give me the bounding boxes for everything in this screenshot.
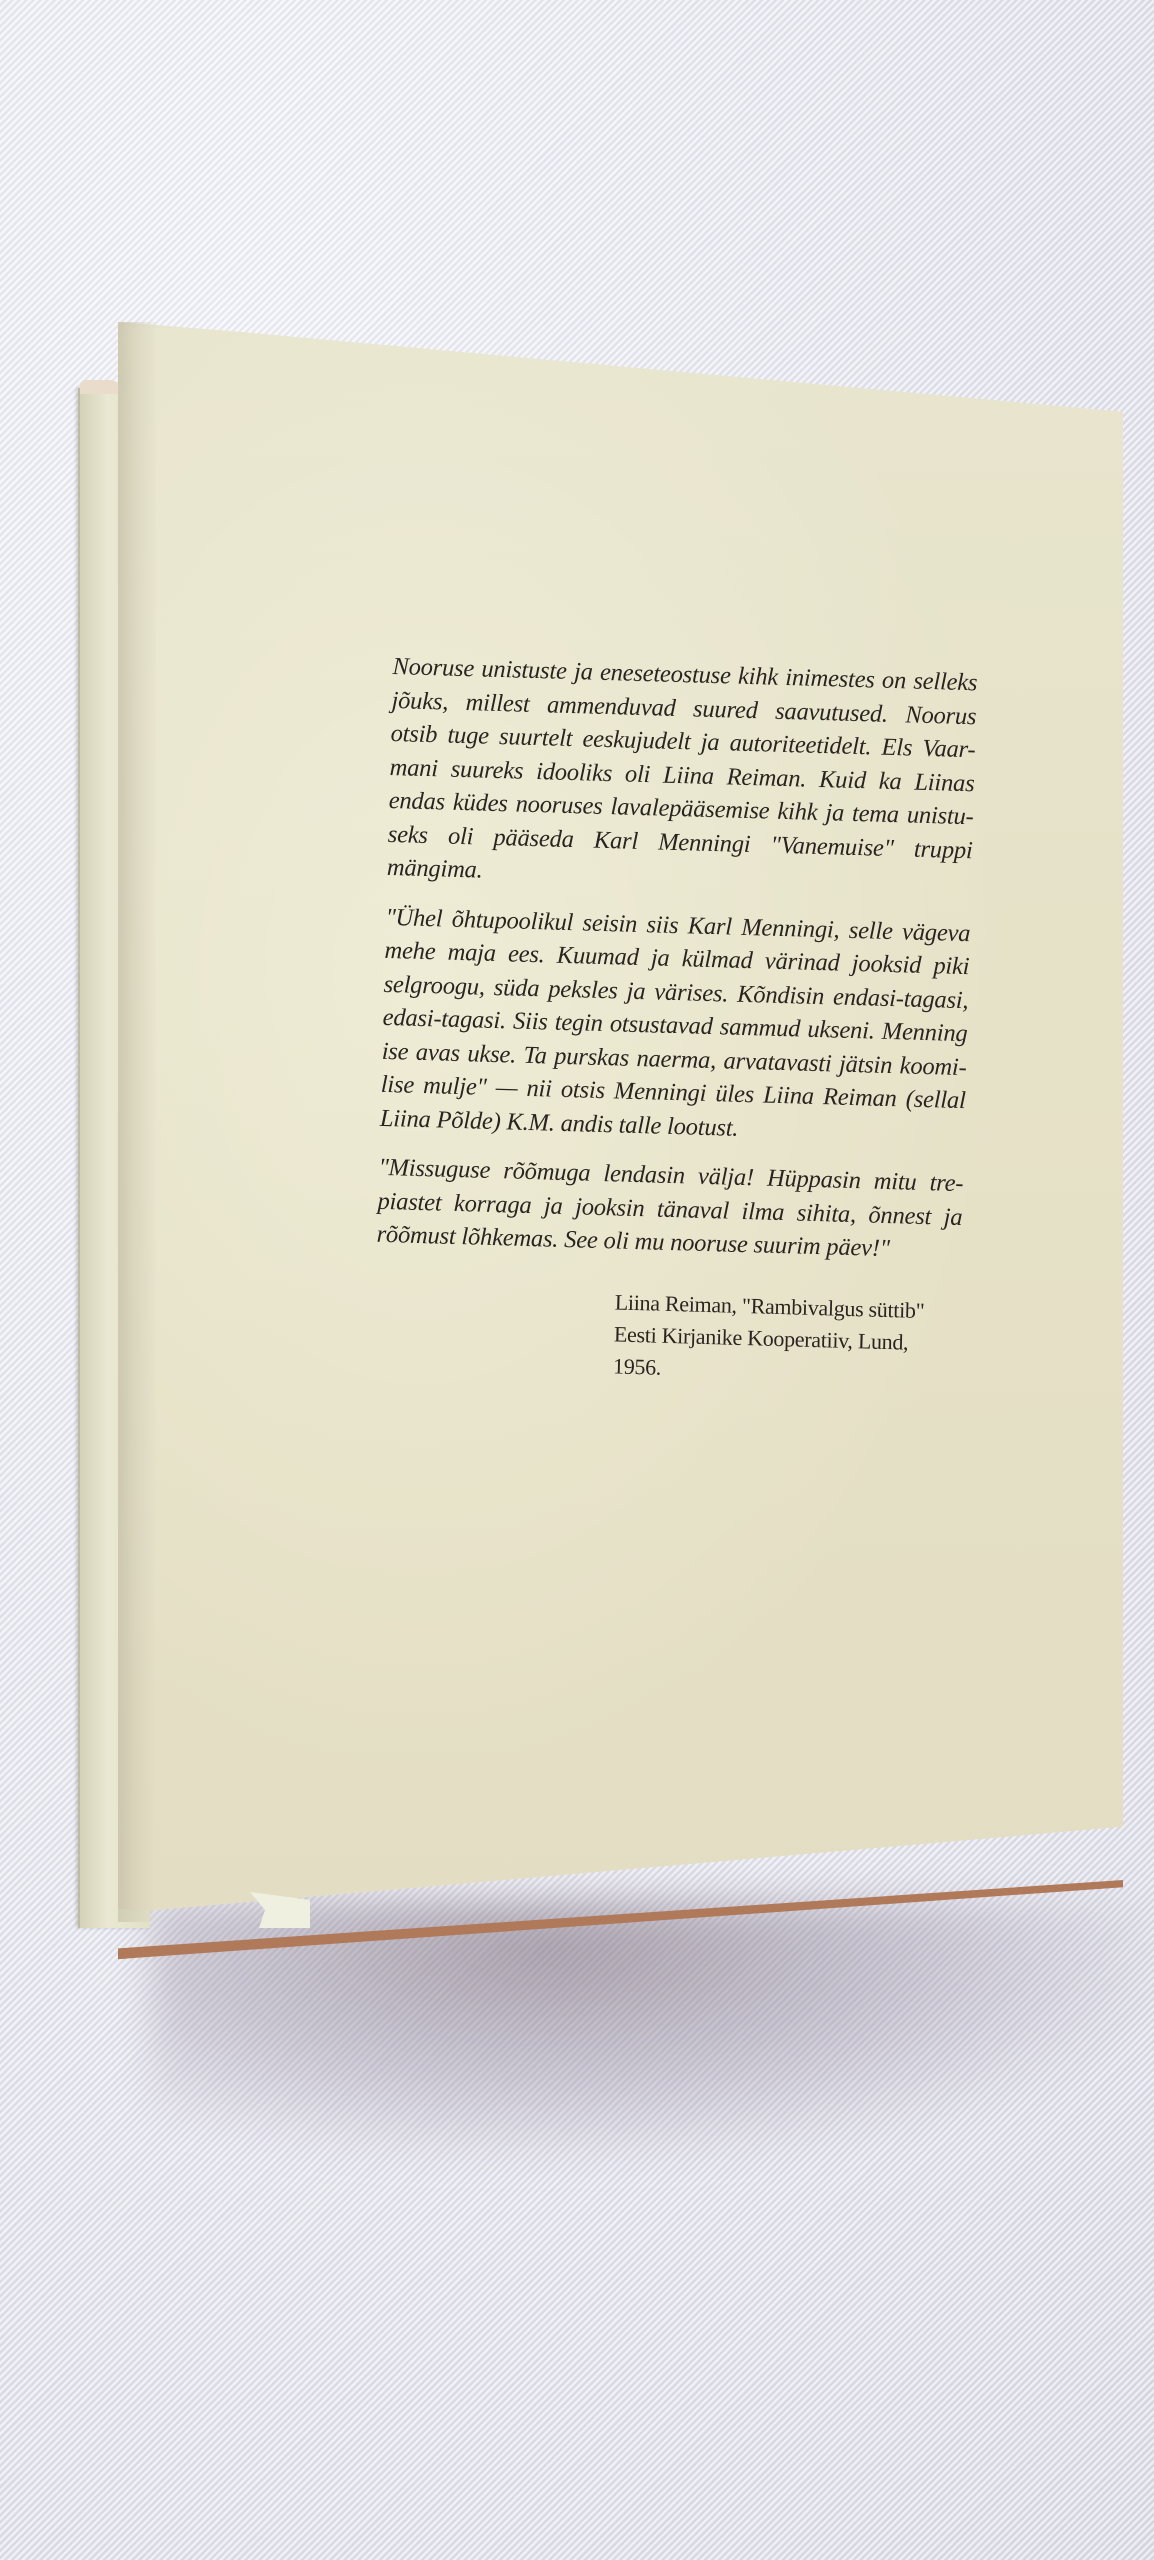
intro-paragraph: Nooruse unistuste ja eneseteostuse kihk …	[386, 650, 977, 901]
quote-paragraph-1: "Ühel õhtupoolikul seisin siis Karl Menn…	[379, 900, 970, 1151]
cover-spine-fold	[118, 322, 156, 1922]
citation-publisher: Eesti Kirjanike Kooperatiiv, Lund, 1956.	[613, 1318, 960, 1392]
quote-paragraph-2: "Missuguse rõõmuga lendasin välja! Hüppa…	[376, 1151, 964, 1268]
citation: Liina Reiman, "Rambivalgus süttib" Eesti…	[613, 1286, 961, 1392]
back-cover-text: Nooruse unistuste ja eneseteostuse kihk …	[373, 650, 978, 1392]
